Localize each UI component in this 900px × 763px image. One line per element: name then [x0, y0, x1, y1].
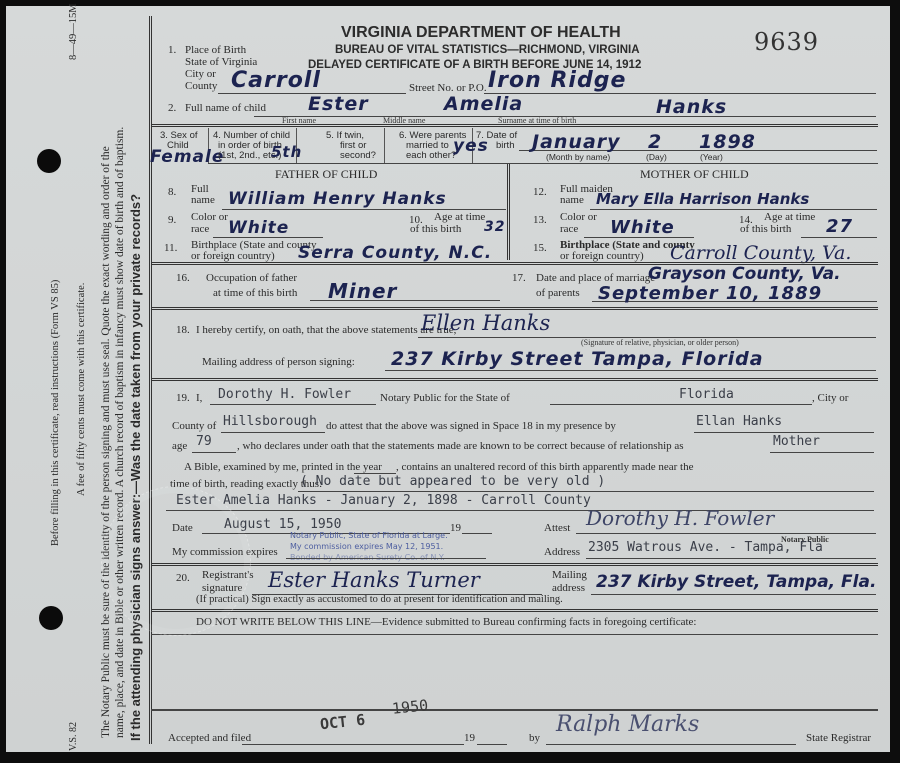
registrar-signature: Ralph Marks [556, 712, 699, 737]
attest-label: Attest [544, 522, 570, 534]
row-3-bottom [208, 163, 878, 164]
date-century: 19 [450, 522, 461, 534]
notary-address-label: Address [544, 546, 580, 558]
certificate-number: 9639 [754, 28, 819, 56]
mother-age-underline [801, 237, 877, 238]
mother-name-number: 12. [533, 186, 547, 198]
notary-county-value: Hillsborough [223, 414, 317, 429]
mother-race-label: Color or [560, 212, 597, 223]
relationship-underline [770, 452, 874, 453]
registrant-mailing-underline [591, 594, 876, 595]
mailing-address-label: Mailing address of person signing: [202, 356, 355, 368]
notary-signature: Dorothy H. Fowler [586, 506, 774, 530]
do-not-write-notice: DO NOT WRITE BELOW THIS LINE—Evidence su… [196, 616, 696, 628]
notary-state-underline [550, 404, 812, 405]
bureau-title: BUREAU OF VITAL STATISTICS—RICHMOND, VIR… [335, 44, 640, 56]
mailing-address-underline [385, 370, 876, 371]
occupation-label-2: at time of this birth [213, 287, 297, 299]
father-race-label-2: race [191, 224, 209, 235]
embossed-seal [101, 486, 251, 636]
row-3-top-divider [151, 124, 878, 127]
notary-stamp-line-1: Notary Public, State of Florida at Large… [290, 531, 448, 541]
dob-month: January [532, 131, 621, 153]
occupation-value: Miner [328, 279, 397, 303]
marriage-label-2: of parents [536, 287, 580, 299]
bible-text-2: , contains an unaltered record of this b… [396, 461, 694, 473]
father-name-underline [222, 209, 506, 210]
bible-reading-line-1: ( No date but appeared to be very old ) [300, 474, 605, 489]
signer-underline [694, 432, 874, 433]
county-label: County [185, 80, 217, 92]
father-name-number: 8. [168, 186, 176, 198]
declares-text: , who declares under oath that the state… [237, 440, 684, 452]
physician-question: If the attending physician signs answer:… [128, 194, 143, 741]
mother-age-label: Age at time [764, 212, 815, 223]
signer-name-value: Ellan Hanks [696, 414, 782, 429]
bible-text: A Bible, examined by me, printed in the … [184, 461, 382, 473]
age-underline [192, 452, 236, 453]
by-label: by [529, 732, 540, 744]
caption-year: (Year) [700, 152, 723, 162]
bible-reading-line-2: Ester Amelia Hanks - January 2, 1898 - C… [176, 493, 591, 508]
punch-hole-top [37, 149, 61, 173]
registrant-mailing-value: 237 Kirby Street, Tampa, Fla. [596, 572, 876, 592]
notary-address-underline [586, 558, 876, 559]
section-18-number: 18. [176, 324, 190, 336]
mailing-address-value: 237 Kirby Street Tampa, Florida [391, 348, 764, 370]
notary-name-underline [210, 404, 376, 405]
street-underline [484, 93, 876, 94]
child-surname: Hanks [656, 96, 727, 118]
age-label: age [172, 440, 187, 452]
mother-name-label-2: name [560, 195, 584, 206]
agency-title: VIRGINIA DEPARTMENT OF HEALTH [341, 24, 621, 42]
date-year-underline [462, 533, 492, 534]
notary-county-underline [221, 432, 325, 433]
birth-certificate-page: 8—49—15M V.S. 82 Before filling in this … [6, 6, 890, 752]
mother-name-value: Mary Ella Harrison Hanks [596, 190, 809, 208]
reading-underline-1 [298, 491, 874, 492]
notary-state-label: Notary Public for the State of [380, 392, 510, 404]
instructions-line-1: Before filling in this certificate, read… [50, 280, 61, 546]
child-first-name: Ester [308, 93, 369, 115]
punch-hole-bottom [39, 606, 63, 630]
father-race-number: 9. [168, 214, 176, 226]
marriage-number: 17. [512, 272, 526, 284]
signature-caption: (Signature of relative, physician, or ol… [581, 338, 739, 347]
notary-stamp-line-2: My commission expires May 12, 1951. [290, 542, 443, 552]
footer-divider [151, 709, 878, 711]
accepted-filed-label: Accepted and filed [168, 732, 251, 744]
attest-underline [576, 533, 876, 534]
section-2-number: 2. [168, 102, 176, 114]
filed-stamp-year: 1950 [391, 696, 429, 718]
section-18-top-divider [151, 307, 878, 310]
occupation-number: 16. [176, 272, 190, 284]
row-3-divider [384, 128, 385, 164]
registrant-mailing-label: Mailing [552, 570, 587, 581]
father-age-label: Age at time [434, 212, 485, 223]
mother-race-label-2: race [560, 224, 578, 235]
i-label: I, [196, 392, 202, 404]
registrant-instruction: (If practical) Sign exactly as accustome… [196, 594, 563, 605]
father-birthplace-label-2: or foreign country) [191, 251, 275, 262]
registrant-signature: Ester Hanks Turner [268, 568, 480, 592]
mother-race-value: White [610, 217, 675, 238]
section-19-number: 19. [176, 392, 190, 404]
county-value: Carroll [231, 68, 321, 93]
occupation-label: Occupation of father [206, 272, 297, 284]
birth-order-value: 5th [271, 143, 302, 161]
caption-day: (Day) [646, 152, 667, 162]
father-age-value: 32 [484, 219, 505, 235]
notary-name-value: Dorothy H. Fowler [218, 387, 351, 402]
father-race-value: White [228, 218, 289, 238]
father-race-label: Color or [191, 212, 228, 223]
notary-state-value: Florida [679, 387, 734, 402]
child-name-label: Full name of child [185, 102, 266, 114]
registrar-title: State Registrar [806, 732, 871, 744]
father-age-label-2: of this birth [410, 224, 461, 235]
parents-divider [507, 164, 510, 260]
father-birthplace-number: 11. [164, 242, 177, 254]
registrar-underline [546, 744, 796, 745]
form-id: V.S. 82 [68, 722, 79, 751]
sex-value: Female [150, 147, 224, 167]
twin-label-3: second? [340, 151, 376, 161]
mother-age-value: 27 [826, 216, 853, 237]
section-19-top-divider [151, 378, 878, 381]
filed-stamp-date: OCT 6 [319, 711, 366, 734]
relative-signature: Ellen Hanks [421, 311, 550, 335]
accepted-date-underline [242, 744, 464, 745]
child-middle-name: Amelia [444, 93, 523, 115]
notary-address-value: 2305 Watrous Ave. - Tampa, Fla [588, 540, 823, 555]
attest-text: do attest that the above was signed in S… [326, 420, 616, 432]
place-of-birth-label: Place of Birth [185, 44, 246, 56]
father-birthplace-value: Serra County, N.C. [298, 243, 492, 263]
commission-underline [286, 558, 486, 559]
caption-month: (Month by name) [546, 152, 610, 162]
dob-year: 1898 [699, 131, 756, 153]
signer-age-value: 79 [196, 434, 212, 449]
mother-age-label-2: of this birth [740, 224, 791, 235]
mother-birthplace-number: 15. [533, 242, 547, 254]
mother-heading: MOTHER OF CHILD [640, 167, 749, 182]
filed-century: 19 [464, 732, 475, 744]
bureau-line [151, 634, 878, 635]
father-heading: FATHER OF CHILD [275, 167, 377, 182]
marriage-place-value: Grayson County, Va. [648, 264, 841, 284]
mother-birthplace-label-2: or foreign country) [560, 251, 644, 262]
mother-race-number: 13. [533, 214, 547, 226]
registrant-mailing-label-2: address [552, 583, 585, 594]
father-name-label-2: name [191, 195, 215, 206]
mother-name-underline [590, 209, 877, 210]
city-label: City or [185, 68, 216, 80]
mother-birthplace-value: Carroll County, Va. [670, 242, 851, 264]
street-value: Iron Ridge [488, 68, 626, 93]
relationship-value: Mother [773, 434, 820, 449]
bureau-divider [151, 609, 878, 612]
certify-statement: I hereby certify, on oath, that the abov… [196, 324, 456, 336]
father-name-value: William Henry Hanks [228, 189, 447, 209]
city-or-label: , City or [812, 392, 848, 404]
county-of-label: County of [172, 420, 216, 432]
married-label-3: each other? [406, 151, 456, 161]
instructions-line-2: A fee of fifty cents must come with this… [76, 283, 87, 496]
print-code: 8—49—15M [68, 3, 79, 60]
notary-note-line-2: name, place, and date in Bible or other … [114, 127, 126, 738]
marriage-date-value: September 10, 1889 [598, 283, 822, 304]
dob-day: 2 [648, 131, 662, 153]
state-label: State of Virginia [185, 56, 257, 68]
notary-note-line-1: The Notary Public must be sure of the id… [100, 146, 112, 738]
dob-label-2: birth [496, 141, 514, 151]
filed-year-underline [477, 744, 507, 745]
section-20-top-divider [151, 563, 878, 566]
section-1-number: 1. [168, 44, 176, 56]
